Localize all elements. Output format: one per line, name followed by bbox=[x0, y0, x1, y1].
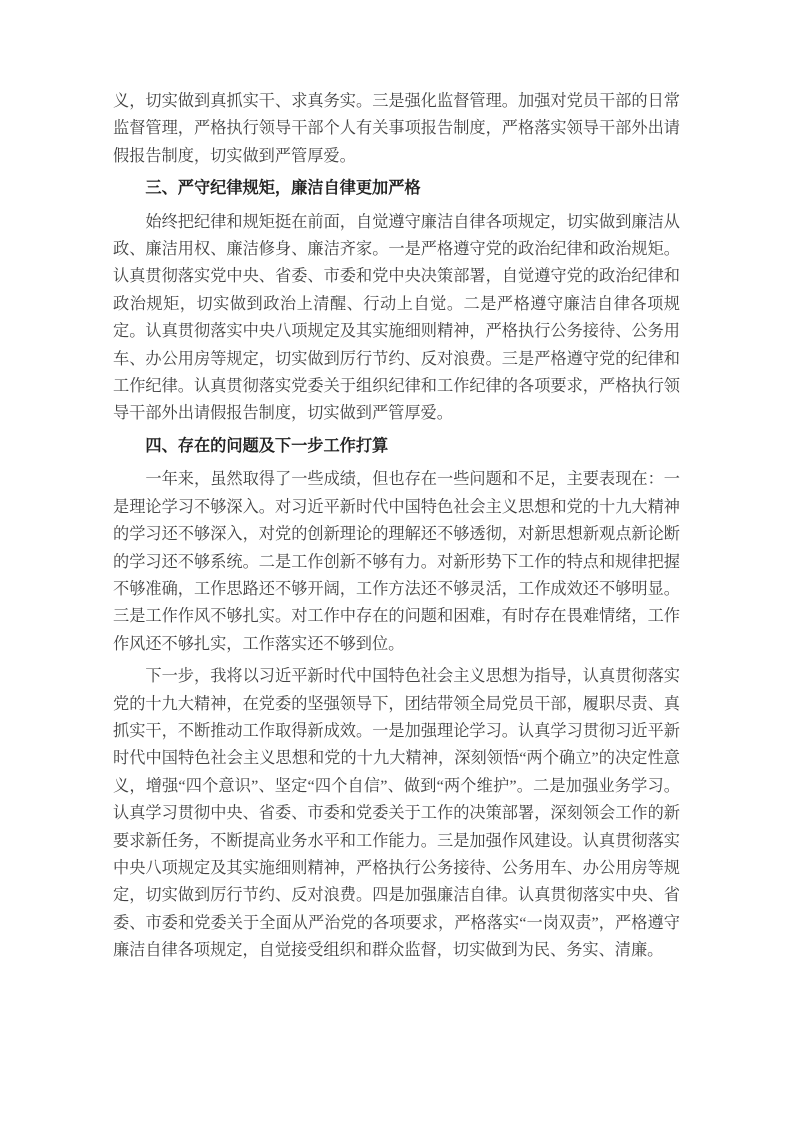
document-content: 义，切实做到真抓实干、求真务实。三是强化监督管理。加强对党员干部的日常监督管理，… bbox=[113, 88, 680, 970]
body-paragraph: 下一步，我将以习近平新时代中国特色社会主义思想为指导，认真贯彻落实党的十九大精神… bbox=[113, 663, 680, 964]
section-heading: 四、存在的问题及下一步工作打算 bbox=[113, 433, 680, 460]
body-paragraph: 一年来，虽然取得了一些成绩，但也存在一些问题和不足，主要表现在：一是理论学习不够… bbox=[113, 466, 680, 658]
body-paragraph: 义，切实做到真抓实干、求真务实。三是强化监督管理。加强对党员干部的日常监督管理，… bbox=[113, 88, 680, 170]
section-heading: 三、严守纪律规矩，廉洁自律更加严格 bbox=[113, 175, 680, 202]
document-page: 义，切实做到真抓实干、求真务实。三是强化监督管理。加强对党员干部的日常监督管理，… bbox=[0, 0, 793, 1122]
body-paragraph: 始终把纪律和规矩挺在前面，自觉遵守廉洁自律各项规定，切实做到廉洁从政、廉洁用权、… bbox=[113, 209, 680, 428]
